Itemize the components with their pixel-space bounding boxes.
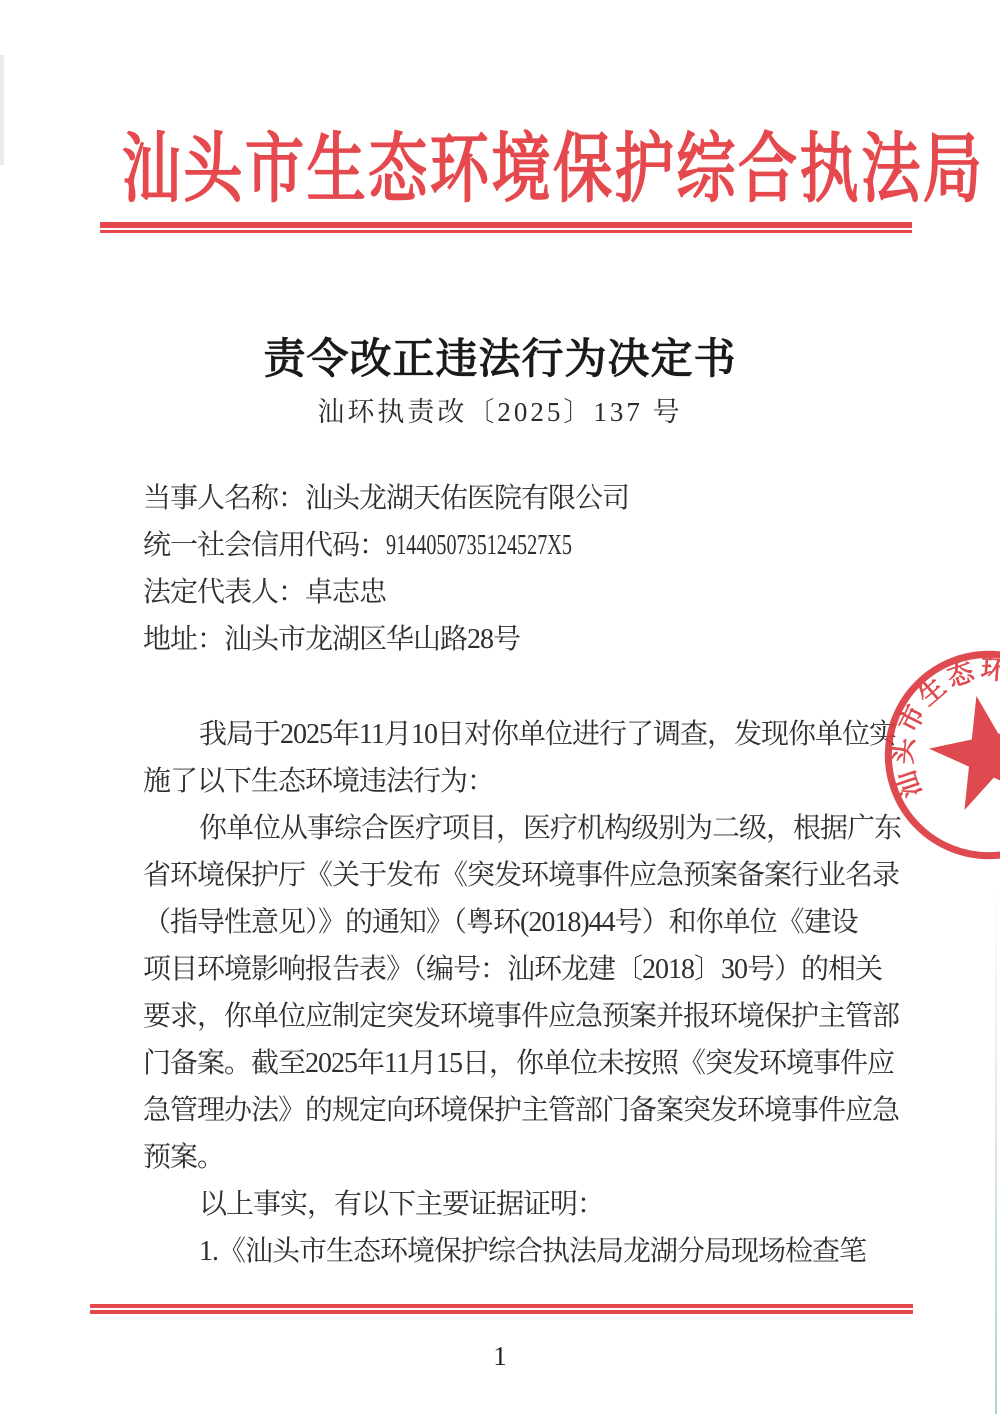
document-title: 责令改正违法行为决定书 <box>0 326 1000 386</box>
letterhead-rule <box>100 222 912 234</box>
body-line: 项目环境影响报告表》（编号：汕环龙建〔2018〕30号）的相关 <box>143 946 903 993</box>
body-line: 1.《汕头市生态环境保护综合执法局龙湖分局现场检查笔 <box>143 1228 903 1275</box>
body-line: 急管理办法》的规定向环境保护主管部门备案突发环境事件应急 <box>143 1087 903 1134</box>
footer-rule <box>90 1304 913 1315</box>
party-field-label: 法定代表人： <box>143 577 305 608</box>
document-page: 汕头市生态环境保护综合执法局 责令改正违法行为决定书 汕环执责改〔2025〕13… <box>0 0 1000 1414</box>
scan-artifact-right-edge <box>995 880 997 1414</box>
party-field-value: 卓志忠 <box>305 577 386 608</box>
body-line: 施了以下生态环境违法行为： <box>143 758 903 805</box>
body-line: 省环境保护厅《关于发布《突发环境事件应急预案备案行业名录 <box>143 852 903 899</box>
party-field-value: 9144050735124527X5 <box>386 522 572 569</box>
body-line: （指导性意见）》的通知》（粤环(2018)44号）和你单位《建设 <box>143 899 903 946</box>
official-seal: 汕头市生态环境保护综合执法局 <box>838 604 1000 906</box>
body-line: 预案。 <box>143 1134 903 1181</box>
seal-star-icon <box>929 696 1000 810</box>
page-number: 1 <box>0 1341 1000 1372</box>
body-line: 你单位从事综合医疗项目，医疗机构级别为二级，根据广东 <box>143 805 903 852</box>
party-field-name: 当事人名称：汕头龙湖天佑医院有限公司 <box>143 475 644 522</box>
agency-name: 汕头市生态环境保护综合执法局 <box>122 132 985 208</box>
body-line: 门备案。截至2025年11月15日，你单位未按照《突发环境事件应 <box>143 1040 903 1087</box>
party-field-address: 地址：汕头市龙湖区华山路28号 <box>143 616 644 663</box>
party-field-credit-code: 统一社会信用代码：9144050735124527X5 <box>143 522 644 569</box>
party-field-label: 地址： <box>143 624 224 655</box>
party-field-legal-representative: 法定代表人：卓志忠 <box>143 569 644 616</box>
party-field-value: 汕头龙湖天佑医院有限公司 <box>305 483 629 514</box>
body-line: 要求，你单位应制定突发环境事件应急预案并报环境保护主管部 <box>143 993 903 1040</box>
body-line: 我局于2025年11月10日对你单位进行了调查，发现你单位实 <box>143 711 903 758</box>
letterhead: 汕头市生态环境保护综合执法局 <box>0 132 1000 208</box>
party-info: 当事人名称：汕头龙湖天佑医院有限公司 统一社会信用代码：914405073512… <box>143 475 644 663</box>
body-text: 我局于2025年11月10日对你单位进行了调查，发现你单位实 施了以下生态环境违… <box>143 711 903 1275</box>
party-field-value: 汕头市龙湖区华山路28号 <box>224 624 520 655</box>
party-field-label: 统一社会信用代码： <box>143 530 386 561</box>
document-number: 汕环执责改〔2025〕137 号 <box>0 390 1000 429</box>
body-line: 以上事实，有以下主要证据证明： <box>143 1181 903 1228</box>
party-field-label: 当事人名称： <box>143 483 305 514</box>
